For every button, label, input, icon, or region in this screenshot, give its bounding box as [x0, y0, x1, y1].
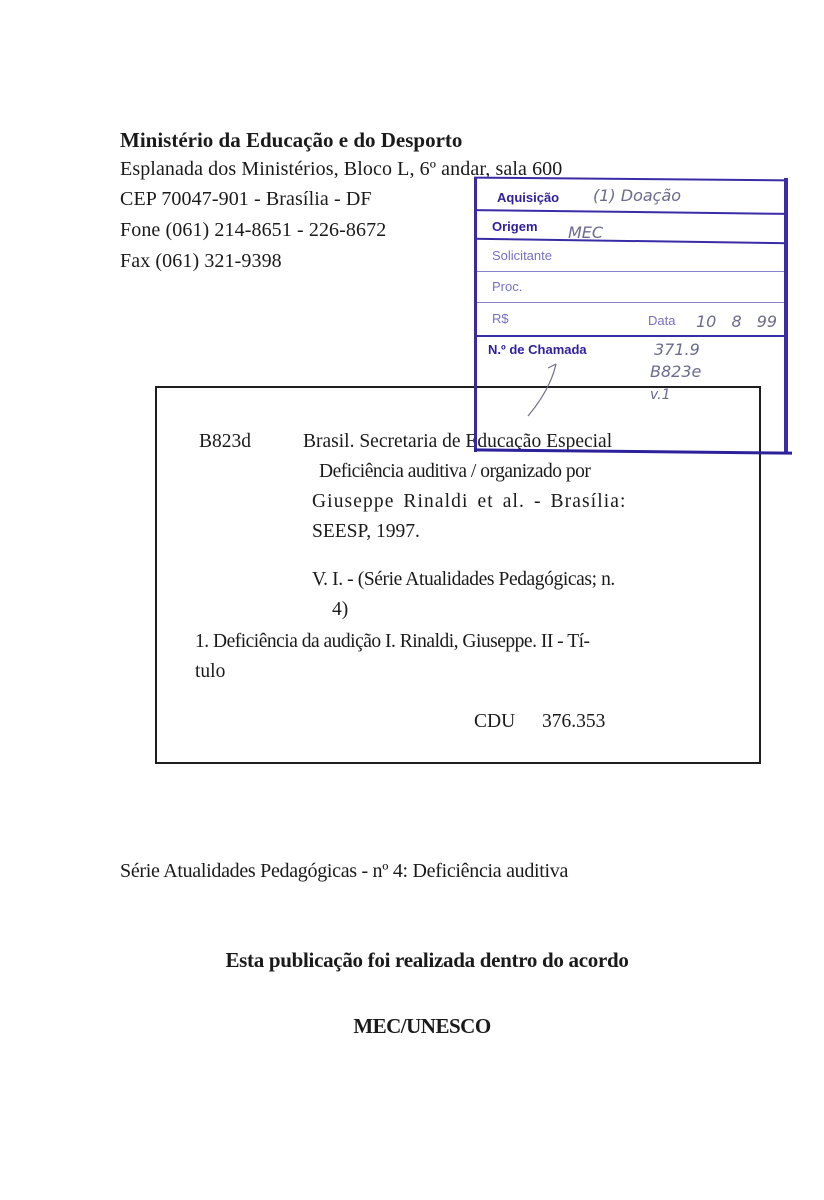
stamp-label-acquisition: Aquisição — [497, 190, 559, 205]
stamp-divider — [474, 271, 788, 272]
series-note: Série Atualidades Pedagógicas - nº 4: De… — [120, 860, 568, 883]
catalog-volume: V. I. - (Série Atualidades Pedagógicas; … — [312, 569, 615, 591]
stamp-divider — [474, 302, 788, 303]
stamp-label-process: Proc. — [492, 279, 522, 294]
stamp-value-call-number: 371.9 — [654, 340, 700, 359]
ministry-cep: CEP 70047-901 - Brasília - DF — [120, 188, 372, 211]
catalog-cdu-value: 376.353 — [542, 711, 605, 733]
stamp-label-call-number: N.º de Chamada — [488, 342, 587, 357]
ministry-phone: Fone (061) 214-8651 - 226-8672 — [120, 219, 386, 242]
catalog-title: Deficiência auditiva / organizado por — [319, 461, 590, 483]
stamp-label-requester: Solicitante — [492, 248, 552, 263]
stamp-value-origin: MEC — [568, 223, 603, 242]
ministry-title: Ministério da Educação e do Desporto — [120, 128, 462, 153]
catalog-volume-cont: 4) — [332, 599, 348, 621]
catalog-code: B823d — [199, 431, 251, 453]
stamp-label-price: R$ — [492, 311, 509, 326]
stamp-call-number-cutter: B823e — [650, 362, 701, 381]
stamp-label-origin: Origem — [492, 219, 538, 234]
catalog-subjects-cont: tulo — [195, 661, 225, 683]
catalog-publisher: SEESP, 1997. — [312, 521, 420, 543]
agreement-note: Esta publicação foi realizada dentro do … — [0, 948, 824, 973]
pen-stroke-mark — [520, 360, 560, 420]
stamp-value-acquisition: (1) Doação — [593, 186, 681, 205]
stamp-call-number-volume: v.1 — [650, 387, 671, 403]
stamp-divider — [474, 335, 788, 337]
catalog-author: Giuseppe Rinaldi et al. - Brasília: — [312, 491, 627, 513]
catalog-cdu-label: CDU — [474, 711, 515, 733]
partner-organizations: MEC/UNESCO — [0, 1014, 824, 1039]
stamp-label-date: Data — [648, 313, 675, 328]
stamp-value-date: 10 8 99 — [696, 312, 777, 331]
catalog-subjects: 1. Deficiência da audição I. Rinaldi, Gi… — [195, 631, 590, 653]
ministry-fax: Fax (061) 321-9398 — [120, 250, 282, 273]
